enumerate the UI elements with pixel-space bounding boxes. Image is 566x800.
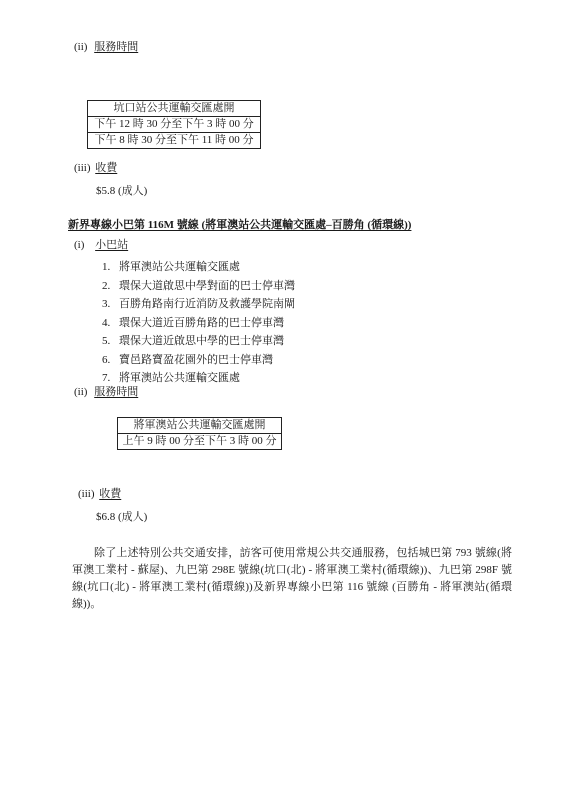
schedule-row: 上午 9 時 00 分至下午 3 時 00 分 xyxy=(118,434,282,450)
service-hours-label: 服務時間 xyxy=(94,386,138,398)
schedule-header: 將軍澳站公共運輸交匯處開 xyxy=(118,418,282,434)
list-item: 5.環保大道近啟思中學的巴士停車灣 xyxy=(102,332,295,351)
fare-value-b: $6.8 (成人) xyxy=(96,510,147,524)
list-item: 6.寶邑路寶盈花園外的巴士停車灣 xyxy=(102,351,295,370)
list-item: 3.百勝角路南行近消防及救護學院南閘 xyxy=(102,295,295,314)
service-hours-heading-b: (ii) 服務時間 xyxy=(74,385,138,399)
schedule-header: 坑口站公共運輸交匯處開 xyxy=(88,101,261,117)
list-marker: (i) xyxy=(74,239,84,251)
list-marker: (ii) xyxy=(74,386,87,398)
route-heading: 新界專線小巴第 116M 號線 (將軍澳站公共運輸交匯處–百勝角 (循環線)) xyxy=(68,218,411,232)
list-item: 4.環保大道近百勝角路的巴士停車灣 xyxy=(102,314,295,333)
list-marker: (ii) xyxy=(74,41,87,53)
service-hours-heading-a: (ii) 服務時間 xyxy=(74,40,138,54)
fare-heading-b: (iii) 收費 xyxy=(78,487,121,501)
fare-value-a: $5.8 (成人) xyxy=(96,184,147,198)
stops-heading: (i) 小巴站 xyxy=(74,238,128,252)
schedule-table-a: 坑口站公共運輸交匯處開 下午 12 時 30 分至下午 3 時 00 分 下午 … xyxy=(87,100,261,149)
stops-list: 1.將軍澳站公共運輸交匯處 2.環保大道啟思中學對面的巴士停車灣 3.百勝角路南… xyxy=(102,258,295,388)
schedule-row: 下午 8 時 30 分至下午 11 時 00 分 xyxy=(88,133,261,149)
schedule-table-b: 將軍澳站公共運輸交匯處開 上午 9 時 00 分至下午 3 時 00 分 xyxy=(117,417,282,450)
list-marker: (iii) xyxy=(74,162,91,174)
fare-label: 收費 xyxy=(99,488,121,500)
stops-label: 小巴站 xyxy=(95,239,128,251)
fare-heading-a: (iii) 收費 xyxy=(74,161,117,175)
closing-paragraph: 除了上述特別公共交通安排，訪客可使用常規公共交通服務，包括城巴第 793 號線(… xyxy=(72,545,512,613)
list-item: 1.將軍澳站公共運輸交匯處 xyxy=(102,258,295,277)
service-hours-label: 服務時間 xyxy=(94,41,138,53)
fare-label: 收費 xyxy=(95,162,117,174)
list-marker: (iii) xyxy=(78,488,95,500)
schedule-row: 下午 12 時 30 分至下午 3 時 00 分 xyxy=(88,117,261,133)
list-item: 2.環保大道啟思中學對面的巴士停車灣 xyxy=(102,277,295,296)
